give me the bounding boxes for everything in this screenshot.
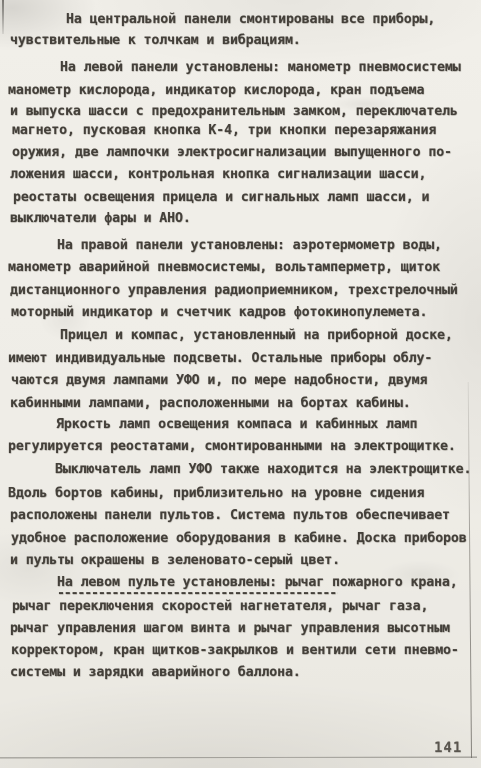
text-line: реостаты освещения прицела и сигнальных … [13, 190, 429, 205]
text-line: и пульты окрашены в зеленовато-серый цве… [10, 553, 340, 568]
text-line: магнето, пусковая кнопка К-4, три кнопки… [12, 123, 436, 138]
text-line: На центральной панели смонтированы все п… [66, 12, 435, 27]
text-line: системы и зарядки аварийного баллона. [10, 665, 301, 680]
text-line: и выпуска шасси с предохранительным замк… [10, 104, 458, 119]
text-line: кабинными лампами, расположенными на бор… [10, 396, 411, 411]
text-line: выключатели фары и АНО. [10, 211, 191, 226]
typewritten-text-block: На центральной панели смонтированы все п… [0, 0, 481, 768]
text-line: корректором, кран щитков-закрылков и вен… [11, 643, 459, 658]
text-line: манометр кислорода, индикатор кислорода,… [8, 83, 424, 98]
text-line: моторный индикатор и счетчик кадров фото… [11, 305, 427, 320]
text-line: На правой панели установлены: аэротермом… [57, 238, 442, 253]
text-line: расположены панели пультов. Система пуль… [10, 508, 450, 523]
text-line: Вдоль бортов кабины, приблизительно на у… [8, 486, 424, 501]
text-line: ложения шасси, контрольная кнопка сигнал… [10, 167, 426, 182]
text-line: На левой панели установлены: манометр пн… [60, 60, 461, 75]
text-line: чаются двумя лампами УФО и, по мере надо… [11, 373, 427, 388]
text-line: оружия, две лампочки электросигнализации… [12, 145, 452, 160]
text-line: Выключатель ламп УФО также находится на … [55, 462, 471, 477]
text-line: регулируется реостатами, смонтированными… [8, 439, 456, 454]
text-line: удобное расположение оборудования в каби… [11, 531, 467, 546]
text-line: имеют индивидуальные подсветы. Остальные… [8, 351, 432, 366]
text-line: чувствительные к толчкам и вибрациям. [10, 33, 301, 48]
text-line: дистанционного управления радиоприемнико… [10, 283, 458, 298]
text-line: манометр аварийной пневмосистемы, вольта… [8, 260, 440, 275]
text-line: рычаг управления шагом винта и рычаг упр… [10, 621, 450, 636]
text-line: Яркость ламп освещения компаса и кабинны… [56, 417, 417, 432]
scanned-document-page: На центральной панели смонтированы все п… [0, 0, 481, 768]
text-line: Прицел и компас, установленный на прибор… [60, 328, 453, 343]
text-line: рычаг переключения скоростей нагнетателя… [12, 599, 428, 614]
page-number: 141 [434, 740, 462, 756]
